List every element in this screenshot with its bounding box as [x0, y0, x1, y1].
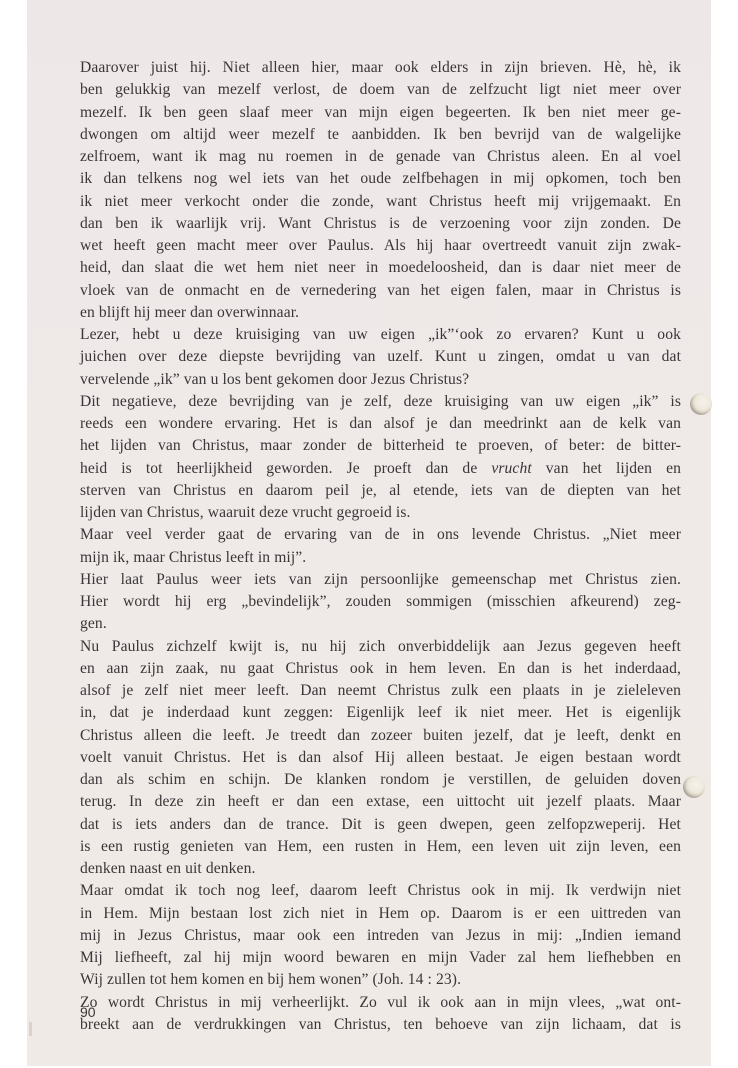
binding-ring-icon [683, 776, 705, 798]
text-line: zelfroem, want ik mag nu roemen in de ge… [80, 146, 681, 168]
text-line: gen. [80, 613, 681, 635]
text-line: Zo wordt Christus in mij verheerlijkt. Z… [80, 992, 681, 1014]
text-line: Hier wordt hij erg „bevindelijk”, zouden… [80, 591, 681, 613]
text-line: reeds een wondere ervaring. Het is dan a… [80, 413, 681, 435]
text-line: Lezer, hebt u deze kruisiging van uw eig… [80, 324, 681, 346]
text-line: Wij zullen tot hem komen en bij hem wone… [80, 969, 681, 991]
text-line: mezelf. Ik ben geen slaaf meer van mijn … [80, 102, 681, 124]
book-page: Daarover juist hij. Niet alleen hier, ma… [27, 0, 711, 1066]
text-line: dan als schim en schijn. De klanken rond… [80, 769, 681, 791]
text-line: juichen over deze diepste bevrijding van… [80, 346, 681, 368]
text-line: terug. In deze zin heeft er dan een exta… [80, 791, 681, 813]
text-line: in, dat je inderdaad kunt zeggen: Eigenl… [80, 702, 681, 724]
text-line: Hier laat Paulus weer iets van zijn pers… [80, 569, 681, 591]
text-line: voelt vanuit Christus. Het is dan alsof … [80, 747, 681, 769]
text-line: sterven van Christus en daarom peil je, … [80, 480, 681, 502]
text-line: en aan zijn zaak, nu gaat Christus ook i… [80, 658, 681, 680]
text-line: vloek van de onmacht en de vernedering v… [80, 280, 681, 302]
text-line: dwongen om altijd weer mezelf te aanbidd… [80, 124, 681, 146]
text-line: het lijden van Christus, maar zonder de … [80, 435, 681, 457]
text-line: lijden van Christus, waaruit deze vrucht… [80, 502, 681, 524]
binding-ring-icon [690, 393, 712, 415]
text-line: dat is iets anders dan de trance. Dit is… [80, 814, 681, 836]
text-line: Maar omdat ik toch nog leef, daarom leef… [80, 880, 681, 902]
text-line: denken naast en uit denken. [80, 858, 681, 880]
text-line: is een rustig genieten van Hem, een rust… [80, 836, 681, 858]
text-line: heid is tot heerlijkheid geworden. Je pr… [80, 458, 681, 480]
text-line: Christus alleen die leeft. Je treedt dan… [80, 725, 681, 747]
text-line: ik dan telkens nog wel iets van het oude… [80, 168, 681, 190]
text-line: vervelende „ik” van u los bent gekomen d… [80, 369, 681, 391]
paper-smudge [29, 1022, 32, 1036]
text-line: in Hem. Mijn bestaan lost zich niet in H… [80, 903, 681, 925]
page-number: 90 [80, 1004, 96, 1020]
text-line: Dit negatieve, deze bevrijding van je ze… [80, 391, 681, 413]
text-line: mijn ik, maar Christus leeft in mij”. [80, 547, 681, 569]
text-line: Mij liefheeft, zal hij mijn woord beware… [80, 947, 681, 969]
text-line: Daarover juist hij. Niet alleen hier, ma… [80, 57, 681, 79]
text-line: mij in Jezus Christus, maar ook een intr… [80, 925, 681, 947]
text-segment: van het lijden en [532, 460, 681, 477]
text-line: ben gelukkig van mezelf verlost, de doem… [80, 79, 681, 101]
text-line: ik niet meer verkocht onder die zonde, w… [80, 191, 681, 213]
text-line: wet heeft geen macht meer over Paulus. A… [80, 235, 681, 257]
text-line: Nu Paulus zichzelf kwijt is, nu hij zich… [80, 636, 681, 658]
text-line: heid, dan slaat die wet hem niet neer in… [80, 257, 681, 279]
text-line: dan ben ik waarlijk vrij. Want Christus … [80, 213, 681, 235]
italic-word: vrucht [491, 460, 531, 477]
text-line: breekt aan de verdrukkingen van Christus… [80, 1014, 681, 1036]
text-segment: heid is tot heerlijkheid geworden. Je pr… [80, 460, 491, 477]
body-text: Daarover juist hij. Niet alleen hier, ma… [80, 57, 681, 1036]
text-line: en blijft hij meer dan overwinnaar. [80, 302, 681, 324]
text-line: Maar veel verder gaat de ervaring van de… [80, 524, 681, 546]
text-line: alsof je zelf niet meer leeft. Dan neemt… [80, 680, 681, 702]
